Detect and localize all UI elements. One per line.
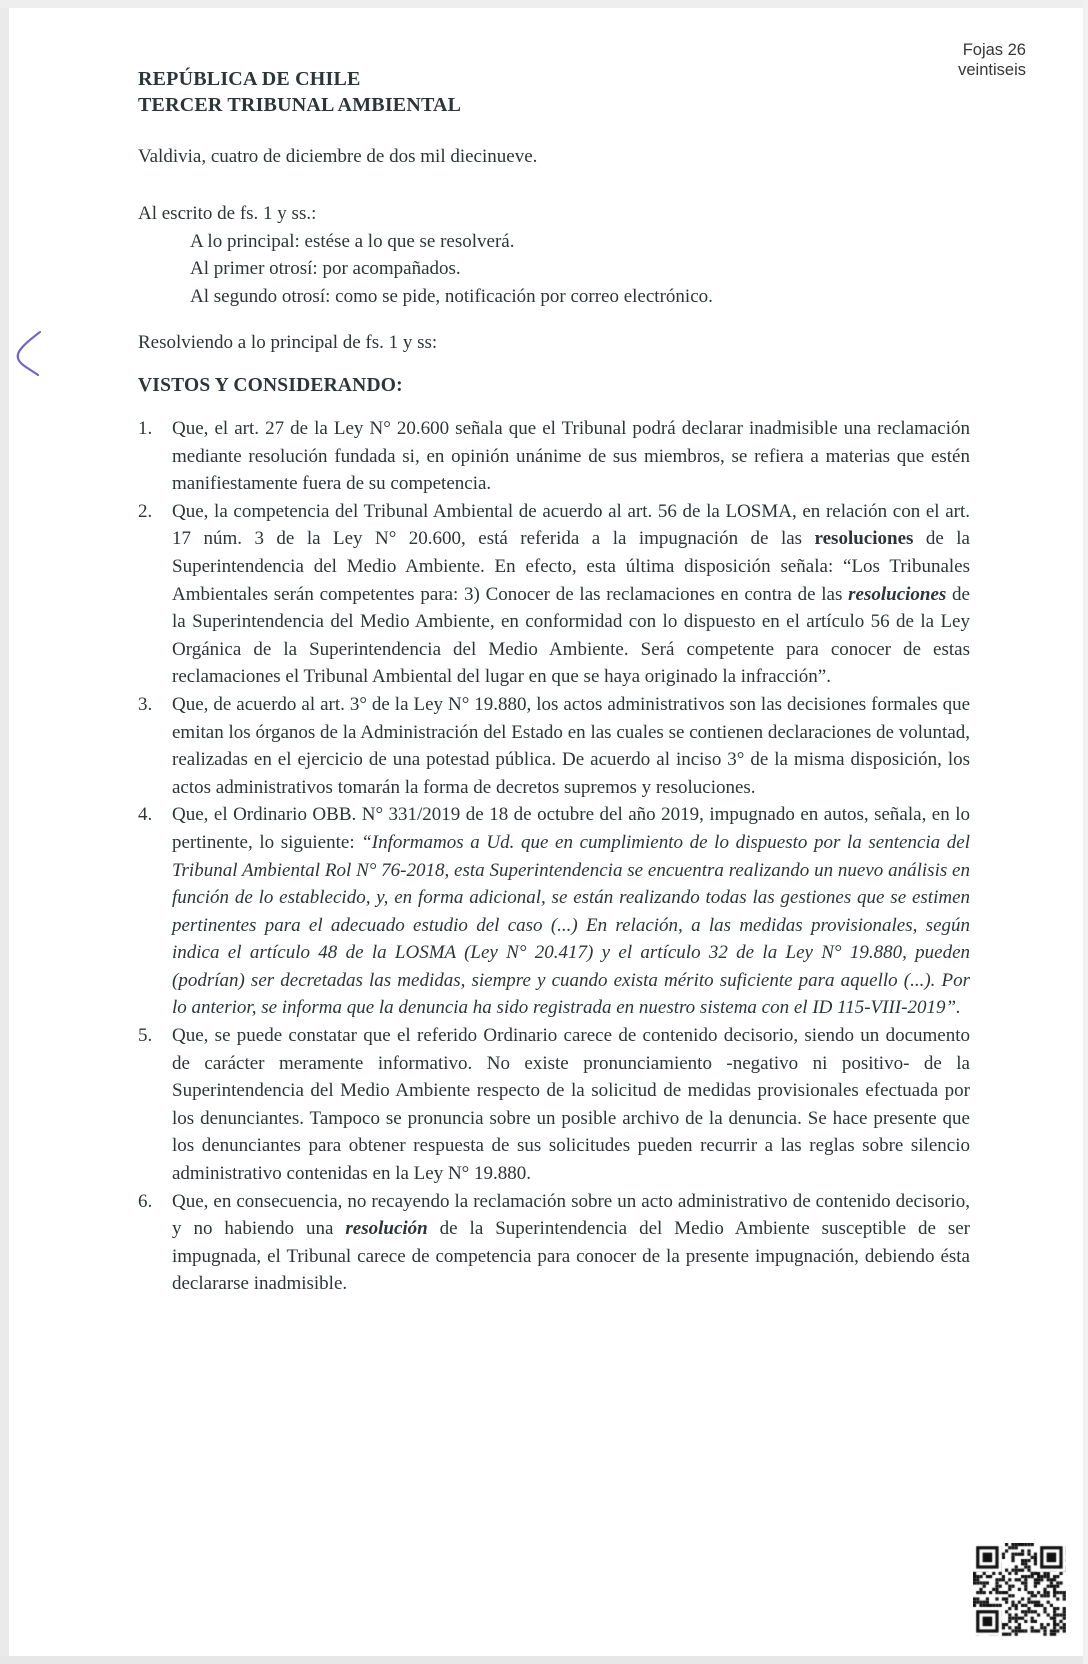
scan-edge-bottom <box>0 1656 1088 1664</box>
date-line: Valdivia, cuatro de diciembre de dos mil… <box>138 146 970 168</box>
scan-edge-left <box>0 0 9 1664</box>
consideration-number: 2. <box>138 498 152 526</box>
document-page: Fojas 26 veintiseis REPÚBLICA DE CHILE T… <box>0 0 1088 1664</box>
consideration-number: 1. <box>138 415 152 443</box>
letterhead-country: REPÚBLICA DE CHILE <box>138 66 970 92</box>
consideration-item: 2. Que, la competencia del Tribunal Ambi… <box>138 498 970 691</box>
scan-edge-top <box>0 0 1088 8</box>
consideration-text: Que, el art. 27 de la Ley N° 20.600 seña… <box>172 418 970 494</box>
folio-number: Fojas 26 <box>958 40 1026 60</box>
consideration-number: 4. <box>138 801 152 829</box>
consideration-number: 3. <box>138 691 152 719</box>
consideration-number: 6. <box>138 1188 152 1216</box>
consideration-number: 5. <box>138 1022 152 1050</box>
section-heading: VISTOS Y CONSIDERANDO: <box>138 375 970 397</box>
document-content: REPÚBLICA DE CHILE TERCER TRIBUNAL AMBIE… <box>138 66 970 1298</box>
consideration-text: Que, el Ordinario OBB. N° 331/2019 de 18… <box>172 804 970 1018</box>
scan-edge-right <box>1083 0 1088 1664</box>
intro-item: Al segundo otrosí: como se pide, notific… <box>190 283 970 311</box>
letterhead: REPÚBLICA DE CHILE TERCER TRIBUNAL AMBIE… <box>138 66 970 118</box>
resolving-line: Resolviendo a lo principal de fs. 1 y ss… <box>138 332 970 354</box>
qr-code <box>973 1543 1066 1637</box>
consideration-item: 1. Que, el art. 27 de la Ley N° 20.600 s… <box>138 415 970 498</box>
consideration-text: Que, la competencia del Tribunal Ambient… <box>172 501 970 688</box>
letterhead-tribunal: TERCER TRIBUNAL AMBIENTAL <box>138 92 970 118</box>
consideration-item: 6. Que, en consecuencia, no recayendo la… <box>138 1188 970 1298</box>
consideration-text: Que, en consecuencia, no recayendo la re… <box>172 1191 970 1295</box>
consideration-text: Que, se puede constatar que el referido … <box>172 1025 970 1184</box>
intro-block: Al escrito de fs. 1 y ss.: A lo principa… <box>138 200 970 310</box>
intro-item: Al primer otrosí: por acompañados. <box>190 255 970 283</box>
consideration-item: 5. Que, se puede constatar que el referi… <box>138 1022 970 1188</box>
consideration-text: Que, de acuerdo al art. 3° de la Ley N° … <box>172 694 970 798</box>
margin-chevron-mark <box>10 328 44 380</box>
intro-item: A lo principal: estése a lo que se resol… <box>190 228 970 256</box>
consideration-item: 4. Que, el Ordinario OBB. N° 331/2019 de… <box>138 801 970 1022</box>
consideration-item: 3. Que, de acuerdo al art. 3° de la Ley … <box>138 691 970 801</box>
intro-lead: Al escrito de fs. 1 y ss.: <box>138 200 970 228</box>
considerations-list: 1. Que, el art. 27 de la Ley N° 20.600 s… <box>138 415 970 1298</box>
